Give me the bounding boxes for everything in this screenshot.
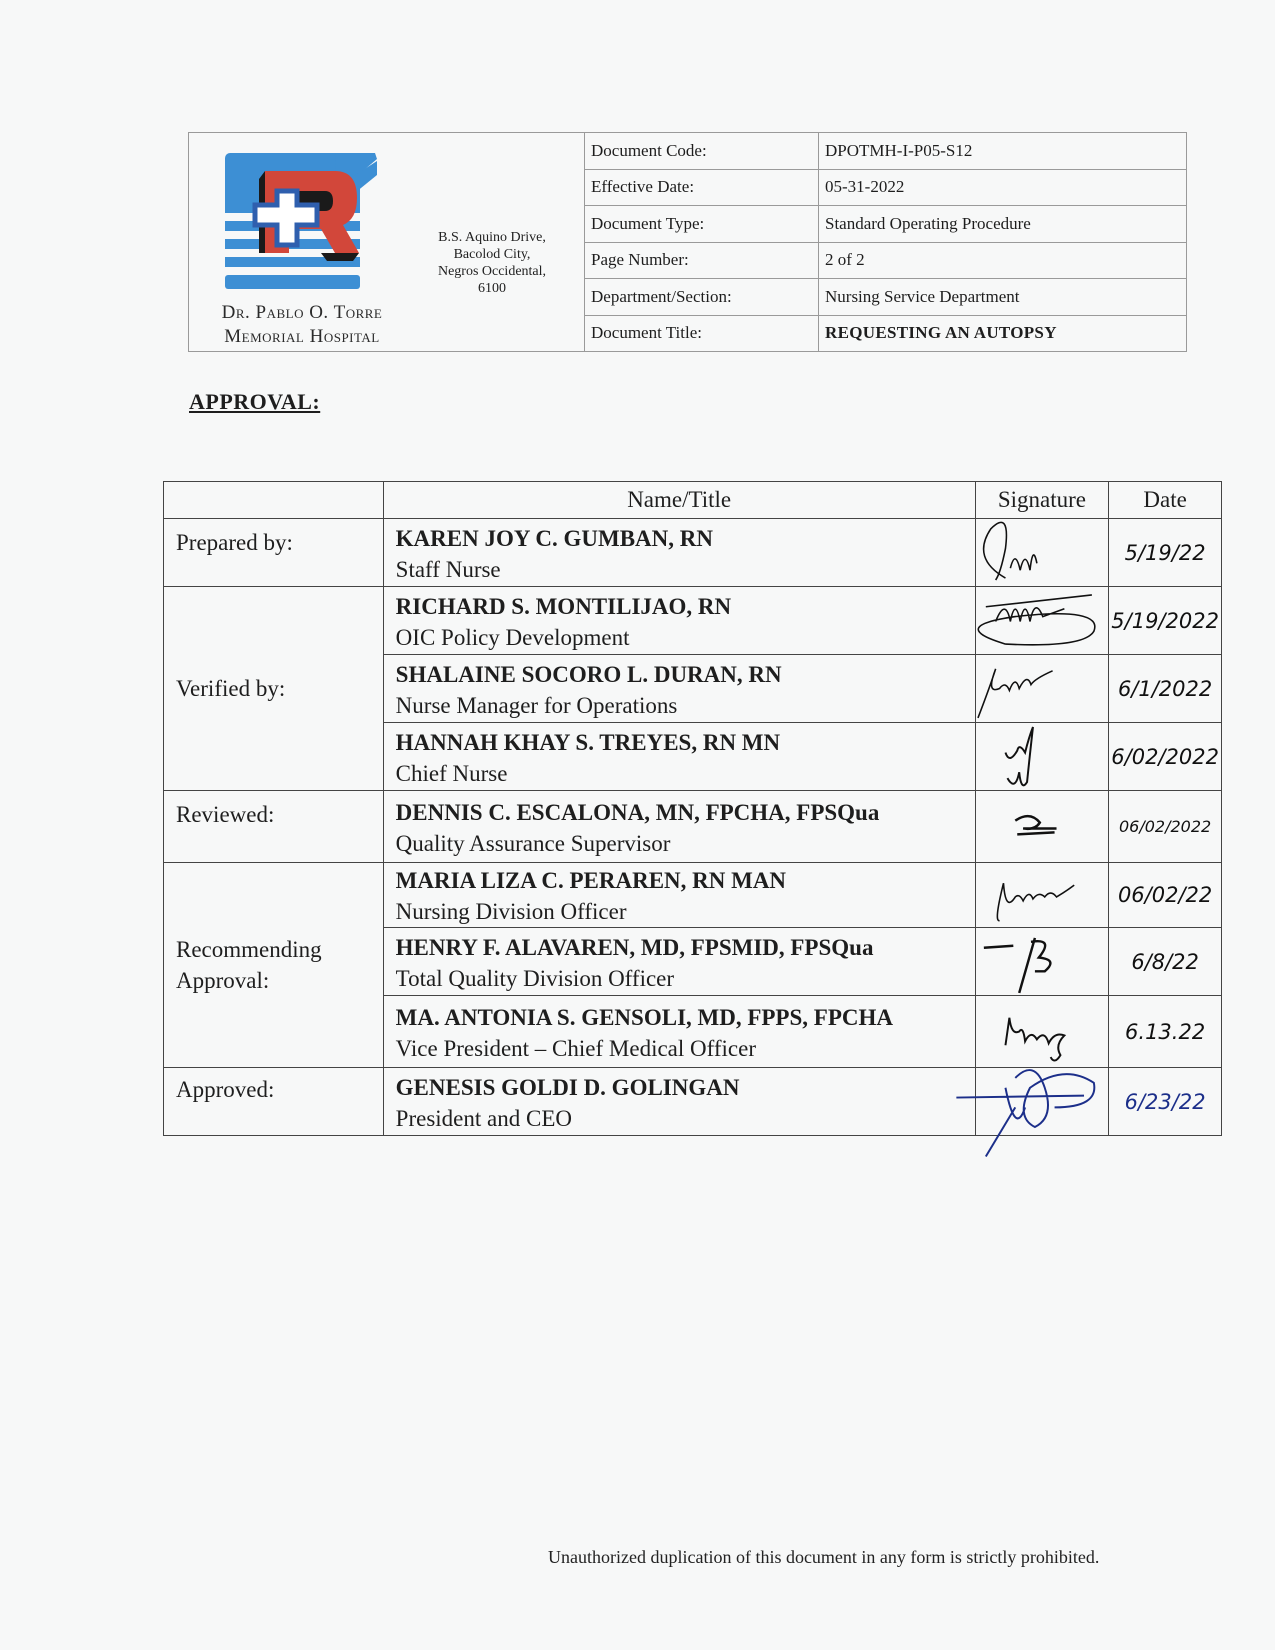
field-label: Page Number: <box>585 243 819 279</box>
address-line: B.S. Aquino Drive, <box>417 229 567 246</box>
person-name: MA. ANTONIA S. GENSOLI, MD, FPPS, FPCHA <box>396 1002 975 1034</box>
table-row: Recommending Approval: MARIA LIZA C. PER… <box>164 863 1222 928</box>
name-title-cell: SHALAINE SOCORO L. DURAN, RN Nurse Manag… <box>383 655 975 723</box>
signature-cell <box>975 1068 1109 1136</box>
field-label: Department/Section: <box>585 279 819 315</box>
signature-icon <box>976 1068 1109 1135</box>
signature-cell <box>975 519 1109 587</box>
field-value: 2 of 2 <box>819 243 1186 279</box>
person-name: DENNIS C. ESCALONA, MN, FPCHA, FPSQua <box>396 797 975 829</box>
signature-icon <box>976 996 1109 1067</box>
field-value: REQUESTING AN AUTOPSY <box>819 316 1186 352</box>
signature-cell <box>975 655 1109 723</box>
info-row-page-number: Page Number: 2 of 2 <box>585 243 1186 280</box>
footer-notice: Unauthorized duplication of this documen… <box>548 1547 1099 1568</box>
field-label: Document Type: <box>585 206 819 242</box>
field-label: Effective Date: <box>585 170 819 206</box>
name-title-cell: GENESIS GOLDI D. GOLINGAN President and … <box>383 1068 975 1136</box>
info-row-document-title: Document Title: REQUESTING AN AUTOPSY <box>585 316 1186 352</box>
person-title: Total Quality Division Officer <box>396 964 975 994</box>
person-title: Staff Nurse <box>396 555 975 585</box>
name-title-cell: RICHARD S. MONTILIJAO, RN OIC Policy Dev… <box>383 587 975 655</box>
address-line: 6100 <box>417 280 567 297</box>
signature-icon <box>976 587 1109 654</box>
signature-icon <box>976 723 1109 790</box>
date-cell: 06/02/2022 <box>1109 791 1222 863</box>
signed-date: 6/1/2022 <box>1109 677 1221 701</box>
date-cell: 6/02/2022 <box>1109 723 1222 791</box>
date-cell: 6/23/22 <box>1109 1068 1222 1136</box>
signed-date: 06/02/2022 <box>1109 817 1221 836</box>
signature-icon <box>976 655 1109 722</box>
signature-cell <box>975 863 1109 928</box>
role-label: Recommending Approval: <box>164 863 384 1068</box>
person-name: HENRY F. ALAVAREN, MD, FPSMID, FPSQua <box>396 932 975 964</box>
hospital-name: Dr. Pablo O. Torre Memorial Hospital <box>197 301 407 349</box>
signed-date: 6/23/22 <box>1109 1090 1221 1114</box>
signature-icon <box>976 791 1109 862</box>
info-row-effective-date: Effective Date: 05-31-2022 <box>585 170 1186 207</box>
field-label: Document Code: <box>585 133 819 169</box>
address-line: Bacolod City, <box>417 246 567 263</box>
date-cell: 6.13.22 <box>1109 996 1222 1068</box>
name-title-cell: DENNIS C. ESCALONA, MN, FPCHA, FPSQua Qu… <box>383 791 975 863</box>
hospital-name-line1: Dr. Pablo O. Torre <box>197 301 407 325</box>
signature-cell <box>975 723 1109 791</box>
person-title: Vice President – Chief Medical Officer <box>396 1034 975 1064</box>
name-title-cell: MA. ANTONIA S. GENSOLI, MD, FPPS, FPCHA … <box>383 996 975 1068</box>
name-title-cell: HENRY F. ALAVAREN, MD, FPSMID, FPSQua To… <box>383 928 975 996</box>
name-title-cell: HANNAH KHAY S. TREYES, RN MN Chief Nurse <box>383 723 975 791</box>
field-value: DPOTMH-I-P05-S12 <box>819 133 1186 169</box>
person-title: President and CEO <box>396 1104 975 1134</box>
role-label: Prepared by: <box>164 519 384 587</box>
field-value: 05-31-2022 <box>819 170 1186 206</box>
signed-date: 6.13.22 <box>1109 1020 1221 1044</box>
hospital-branding: Dr. Pablo O. Torre Memorial Hospital B.S… <box>189 133 585 351</box>
document-header: Dr. Pablo O. Torre Memorial Hospital B.S… <box>188 132 1187 352</box>
table-row: Verified by: RICHARD S. MONTILIJAO, RN O… <box>164 587 1222 655</box>
person-title: Nurse Manager for Operations <box>396 691 975 721</box>
signature-cell <box>975 996 1109 1068</box>
role-label: Verified by: <box>164 587 384 791</box>
signature-icon <box>976 928 1109 995</box>
signature-cell <box>975 928 1109 996</box>
signed-date: 06/02/22 <box>1109 883 1221 907</box>
field-value: Nursing Service Department <box>819 279 1186 315</box>
table-row: Reviewed: DENNIS C. ESCALONA, MN, FPCHA,… <box>164 791 1222 863</box>
date-cell: 5/19/2022 <box>1109 587 1222 655</box>
signature-cell <box>975 587 1109 655</box>
date-cell: 6/1/2022 <box>1109 655 1222 723</box>
section-title: APPROVAL: <box>189 389 320 415</box>
table-row: Prepared by: KAREN JOY C. GUMBAN, RN Sta… <box>164 519 1222 587</box>
date-cell: 06/02/22 <box>1109 863 1222 928</box>
info-row-department: Department/Section: Nursing Service Depa… <box>585 279 1186 316</box>
name-title-cell: KAREN JOY C. GUMBAN, RN Staff Nurse <box>383 519 975 587</box>
date-cell: 6/8/22 <box>1109 928 1222 996</box>
approval-table: Name/Title Signature Date Prepared by: K… <box>163 481 1222 1136</box>
signature-icon <box>976 863 1109 927</box>
field-value: Standard Operating Procedure <box>819 206 1186 242</box>
role-label: Reviewed: <box>164 791 384 863</box>
signature-cell <box>975 791 1109 863</box>
person-name: RICHARD S. MONTILIJAO, RN <box>396 591 975 623</box>
column-header: Name/Title <box>383 482 975 519</box>
column-header: Signature <box>975 482 1109 519</box>
hospital-address: B.S. Aquino Drive, Bacolod City, Negros … <box>417 229 567 297</box>
address-line: Negros Occidental, <box>417 263 567 280</box>
signed-date: 6/02/2022 <box>1109 745 1221 769</box>
column-header <box>164 482 384 519</box>
field-label: Document Title: <box>585 316 819 352</box>
hospital-name-line2: Memorial Hospital <box>197 325 407 349</box>
document-info-table: Document Code: DPOTMH-I-P05-S12 Effectiv… <box>585 133 1186 351</box>
person-name: HANNAH KHAY S. TREYES, RN MN <box>396 727 975 759</box>
person-name: GENESIS GOLDI D. GOLINGAN <box>396 1072 975 1104</box>
table-row: Approved: GENESIS GOLDI D. GOLINGAN Pres… <box>164 1068 1222 1136</box>
person-name: SHALAINE SOCORO L. DURAN, RN <box>396 659 975 691</box>
person-title: Nursing Division Officer <box>396 897 975 927</box>
signed-date: 5/19/2022 <box>1109 609 1221 633</box>
person-title: Chief Nurse <box>396 759 975 789</box>
person-name: MARIA LIZA C. PERAREN, RN MAN <box>396 865 975 897</box>
signed-date: 6/8/22 <box>1109 950 1221 974</box>
person-title: OIC Policy Development <box>396 623 975 653</box>
signature-icon <box>976 519 1109 586</box>
info-row-document-code: Document Code: DPOTMH-I-P05-S12 <box>585 133 1186 170</box>
hospital-logo-icon <box>225 153 377 301</box>
date-cell: 5/19/22 <box>1109 519 1222 587</box>
role-label: Approved: <box>164 1068 384 1136</box>
column-header: Date <box>1109 482 1222 519</box>
table-header-row: Name/Title Signature Date <box>164 482 1222 519</box>
person-name: KAREN JOY C. GUMBAN, RN <box>396 523 975 555</box>
signed-date: 5/19/22 <box>1109 541 1221 565</box>
name-title-cell: MARIA LIZA C. PERAREN, RN MAN Nursing Di… <box>383 863 975 928</box>
info-row-document-type: Document Type: Standard Operating Proced… <box>585 206 1186 243</box>
person-title: Quality Assurance Supervisor <box>396 829 975 859</box>
